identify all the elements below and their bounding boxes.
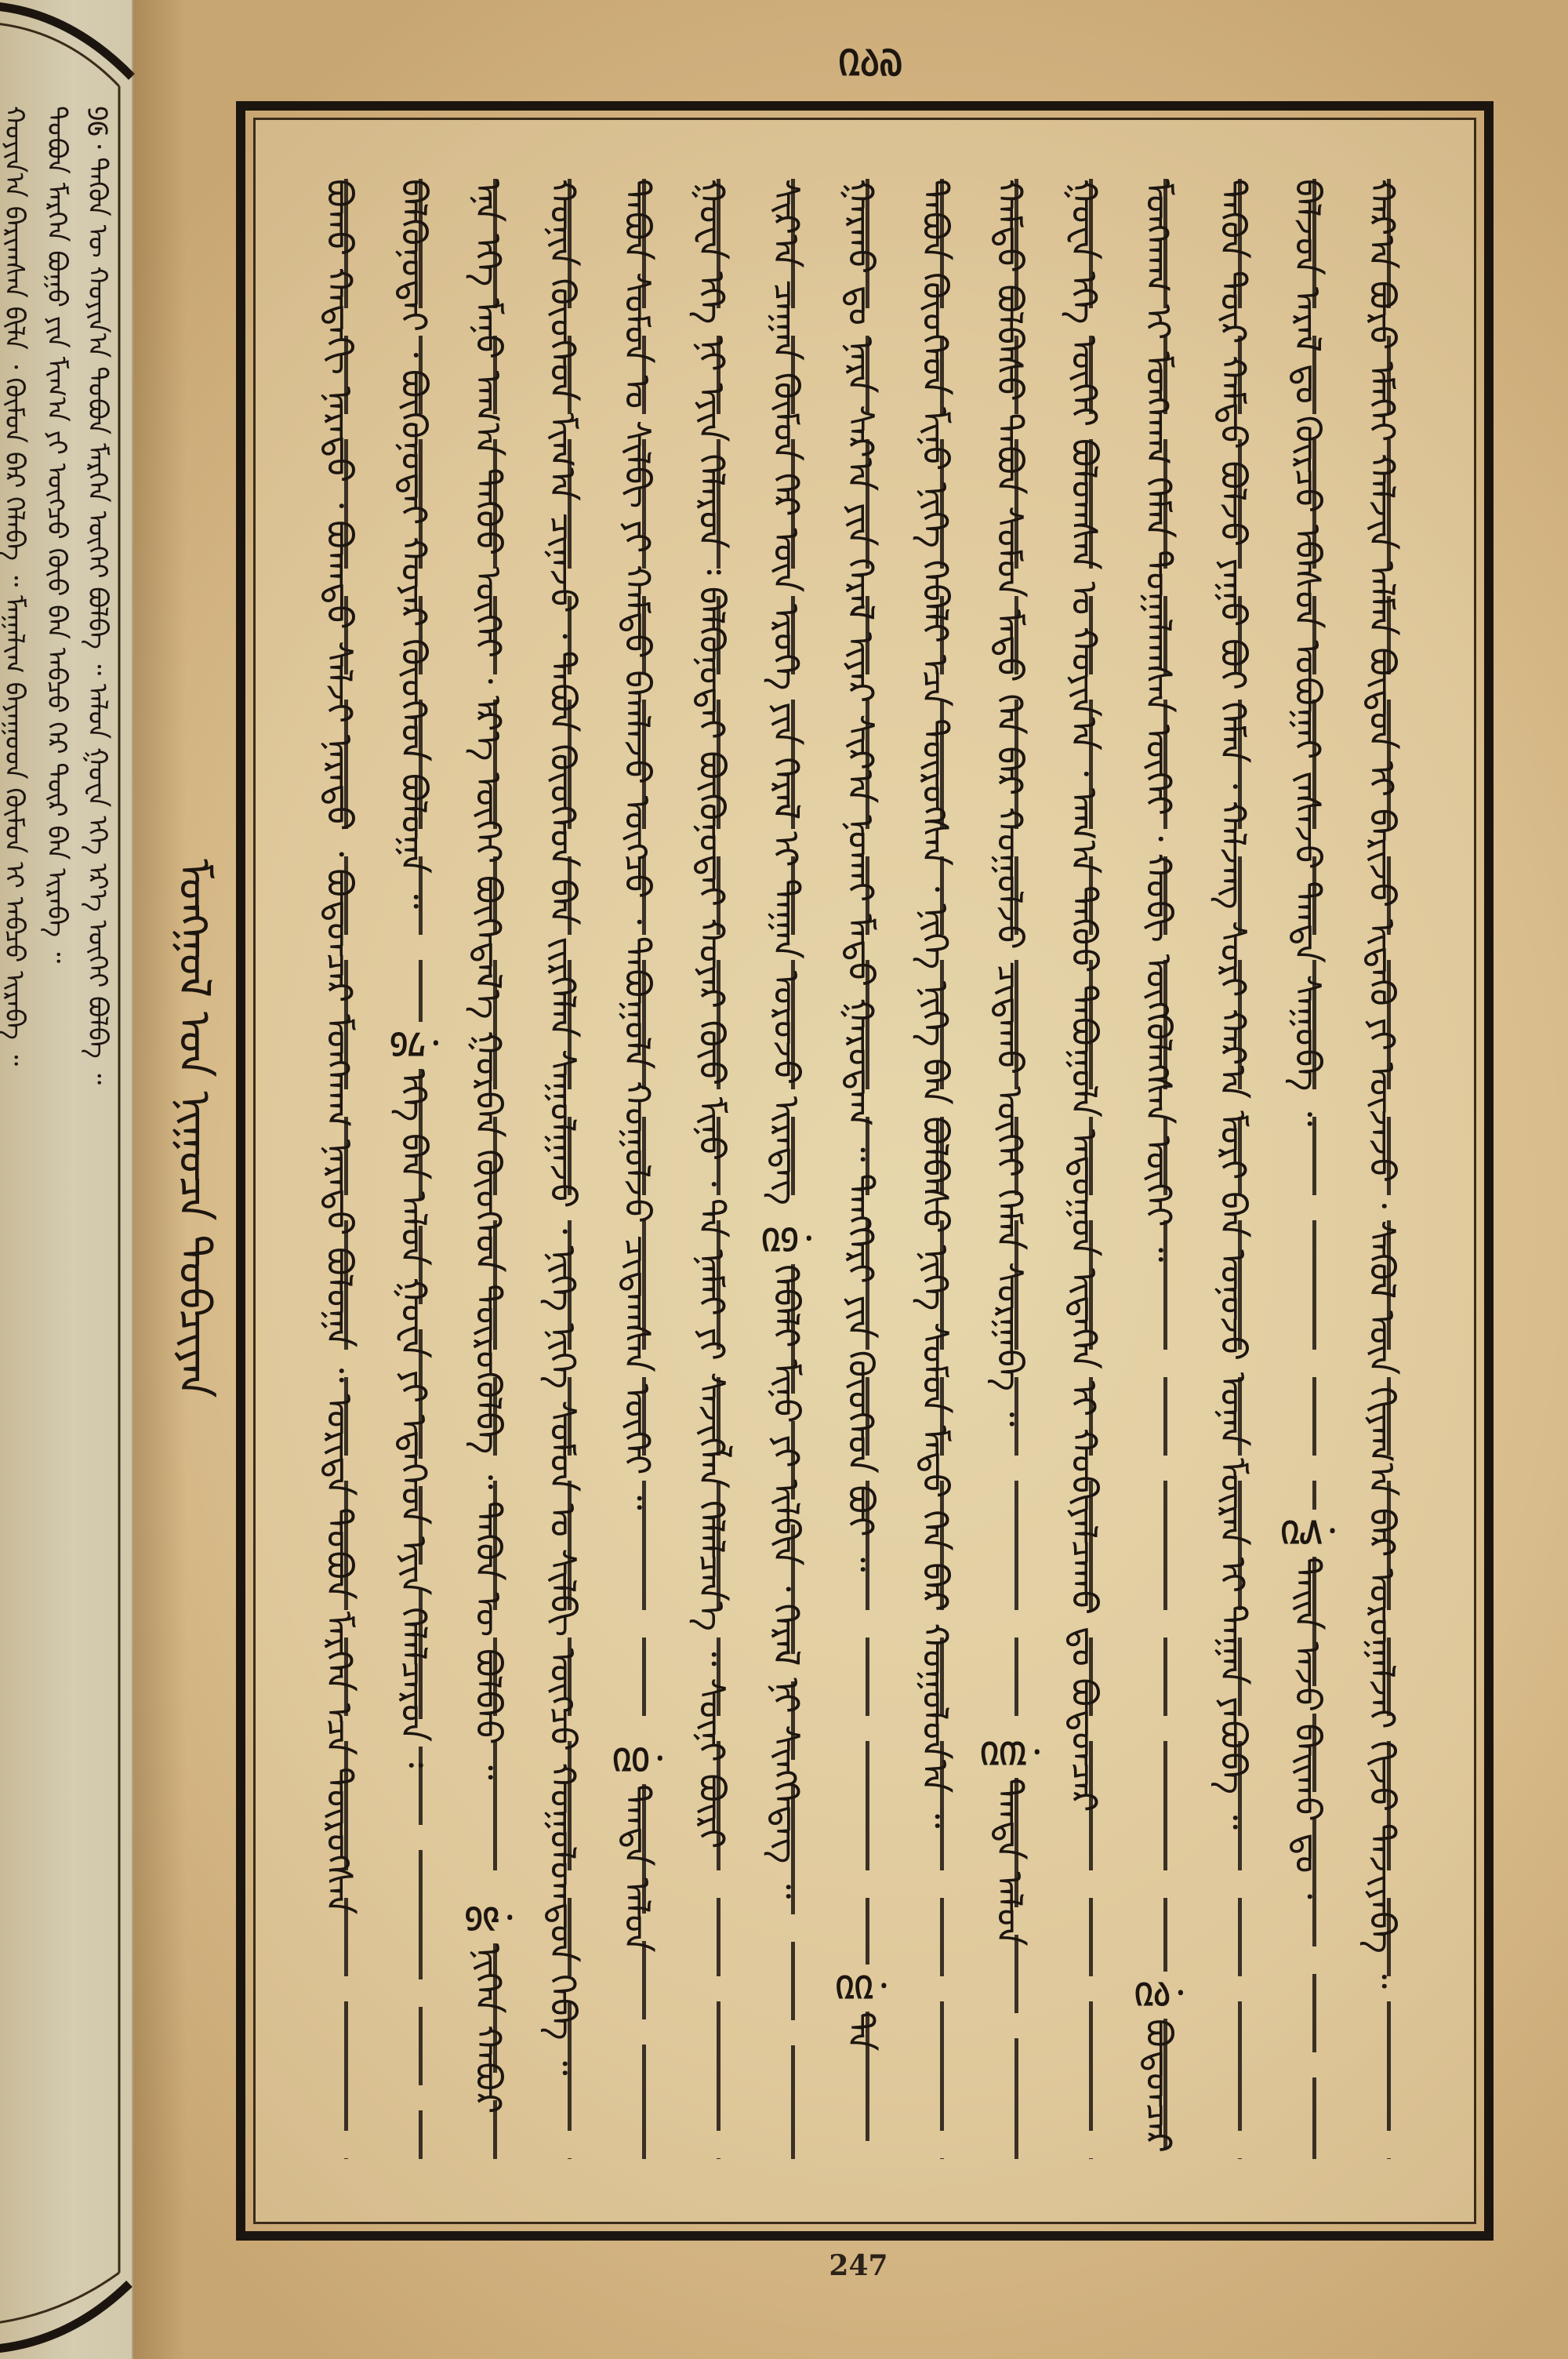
text-column: ᠬᠣᠨᠢᠨ ᠬᠦᠦᠬᠡᠳ ᠮᠢᠬ᠎ᠠ ᠴᠢᠨᠠᠵᠤ ᠂ ᠲᠠᠪᠤᠨ ᠬᠦᠦᠬᠡᠳ… — [532, 179, 594, 2159]
section-number: ᠒᠓᠂ — [978, 1731, 1041, 1778]
text-column: ᠡᠨᠡ ᠡᠬᠡ ᠮᠠᠨᠤ ᠠᠬ᠎ᠠ ᠳᠡᠭᠦᠦ ᠦᠭᠡᠢ ᠂ ᠡᠷ᠎ᠡ ᠦᠭᠡᠢ… — [457, 179, 520, 2159]
column-text: ᠬᠠᠷ᠎ᠠ ᠪᠣᠷᠣ ᠡᠮᠡᠭᠡᠢ ᠬᠠᠯᠵᠢᠨ ᠠᠯᠮᠠᠨ ᠪᠦᠳᠦᠨ ᠢ ᠪ… — [1351, 179, 1414, 2159]
book-spread-photo: ᠬᠣᠶᠢᠨ᠎ᠠ ᠪᠠᠷᠢᠭᠰᠠᠨ ᠪᠢᠯᠡ ᠂ ᠬᠦᠮᠦᠨ ᠪᠡᠷ ᠬᠡᠯᠡᠪᠡ… — [0, 0, 1568, 2359]
text-column: ᠬᠠᠷ᠎ᠠ ᠪᠣᠷᠣ ᠡᠮᠡᠭᠡᠢ ᠬᠠᠯᠵᠢᠨ ᠠᠯᠮᠠᠨ ᠪᠦᠳᠦᠨ ᠢ ᠪ… — [1351, 179, 1414, 2159]
text-column: ᠲᠡᠭᠦᠨ ᠳᠦᠷ ᠬᠠᠮᠲᠤ ᠪᠣᠯᠵᠤ ᠶᠠᠭᠤ ᠪᠣᠢ ᠬᠡᠮᠡᠨ ᠂ ᠬ… — [1202, 179, 1265, 2159]
text-column: ᠭᠠᠷᠬᠤ ᠳᠤ ᠨᠠᠷᠠ ᠰᠠᠷ᠎ᠠ ᠶᠢᠨ ᠭᠡᠷᠡᠯ ᠢᠶᠡᠷ ᠰᠢᠷ᠎ᠠ… — [829, 179, 892, 2159]
column-text: ᠲᠠᠪᠤᠨ ᠰᠤᠮᠤᠨ ᠤ ᠰᠢᠯᠪᠢ ᠶᠢ ᠬᠠᠮᠲᠤ ᠪᠠᠭᠯᠠᠵᠤ ᠥᠭᠴ… — [606, 179, 669, 1737]
column-text: ᠭᠠᠷᠬᠤ ᠳᠤ ᠨᠠᠷᠠ ᠰᠠᠷ᠎ᠠ ᠶᠢᠨ ᠭᠡᠷᠡᠯ ᠢᠶᠡᠷ ᠰᠢᠷ᠎ᠠ… — [829, 179, 892, 1965]
column-text: ᠨᠢᠭᠡᠨ ᠬᠠᠪᠤᠷ — [457, 1943, 520, 2159]
section-number: ᠒᠑᠂ — [755, 1217, 818, 1264]
column-text: ᠭᠣᠸᠠ ᠡᠬᠡ ᠨᠢ ᠡᠶᠢᠨ ᠬᠡᠯᠡᠷᠦᠨ ᠄ ᠪᠡᠯᠭᠦᠨᠦᠲᠡᠢ ᠪᠦ… — [681, 179, 743, 2159]
column-text: ᠲᠡᠢᠨ ᠠᠵᠤ ᠪᠠᠢᠬᠤ ᠳᠤ ᠂ — [1276, 1557, 1339, 2159]
text-column: ᠭᠣᠸᠠ ᠡᠬᠡ ᠦᠭᠡᠢ ᠪᠣᠯᠤᠭᠰᠠᠨ ᠤ ᠬᠣᠶᠢᠨ᠎ᠠ ᠂ ᠠᠬ᠎ᠠ … — [1053, 179, 1116, 2159]
section-number: ᠒᠔᠂ — [1127, 1972, 1190, 2019]
section-number: ᠒᠒᠂ — [829, 1965, 892, 2012]
column-text: ᠬᠠᠮᠲᠤ ᠪᠣᠯᠪᠠᠰᠤ ᠲᠠᠪᠤᠨ ᠰᠤᠮᠤᠨ ᠮᠡᠲᠦ ᠬᠡᠨ ᠪᠡᠷ ᠬ… — [978, 179, 1041, 1731]
facing-page-text-column: ᠬᠣᠶᠢᠨ᠎ᠠ ᠪᠠᠷᠢᠭᠰᠠᠨ ᠪᠢᠯᠡ ᠂ ᠬᠦᠮᠦᠨ ᠪᠡᠷ ᠬᠡᠯᠡᠪᠡ… — [0, 106, 34, 2270]
column-text: ᠪᠡᠯᠭᠦᠨᠦᠲᠡᠢ ᠂ ᠪᠦᠭᠦᠨᠦᠲᠡᠢ ᠬᠣᠶᠠᠷ ᠬᠦᠦᠬᠡᠳ ᠪᠣᠯᠤ… — [383, 179, 445, 1022]
text-column: ᠪᠡᠯᠭᠦᠨᠦᠲᠡᠢ ᠂ ᠪᠦᠭᠦᠨᠦᠲᠡᠢ ᠬᠣᠶᠠᠷ ᠬᠦᠦᠬᠡᠳ ᠪᠣᠯᠤ… — [383, 179, 445, 2159]
column-text: ᠬᠡᠪᠡᠯᠢ ᠮᠢᠨᠤ ᠶᠢ ᠢᠯᠪᠢᠨ ᠂ ᠭᠡᠷᠡᠯ ᠨᠢ ᠰᠢᠩᠭᠡᠳᠡᠭ… — [755, 1264, 818, 2159]
facing-page-text-column: ᠳᠣᠪᠤᠨ ᠮᠡᠷᠭᠡᠨ ᠪᠤᠭᠤ ᠶᠢᠨ ᠮᠢᠬ᠎ᠠ ᠶᠢ ᠥᠭᠴᠦ ᠬᠦᠦ … — [36, 106, 77, 2270]
column-text: ᠭᠣᠸᠠ ᠡᠬᠡ ᠦᠭᠡᠢ ᠪᠣᠯᠤᠭᠰᠠᠨ ᠤ ᠬᠣᠶᠢᠨ᠎ᠠ ᠂ ᠠᠬ᠎ᠠ … — [1053, 179, 1116, 2159]
page-number-arabic: 247 — [808, 2249, 909, 2282]
text-column: ᠲᠠᠪᠤᠨ ᠬᠦᠦᠬᠡᠳ ᠮᠢᠨᠤ ᠨᠢᠭᠡ ᠬᠡᠪᠡᠯᠢ ᠡᠴᠡ ᠲᠥᠷᠥᠭᠰ… — [904, 179, 967, 2159]
text-column: ᠪᠠᠯᠵᠤᠨ ᠠᠷᠠᠯ ᠳᠤ ᠬᠦᠷᠴᠦ ᠡᠪᠡᠰᠦᠨ ᠣᠪᠣᠭᠠᠢ ᠵᠠᠰᠠᠵ… — [1276, 179, 1339, 2159]
column-text: ᠰᠢᠷ᠎ᠠ ᠴᠠᠭᠠᠨ ᠬᠦᠮᠦᠨ ᠭᠡᠷ ᠦᠨ ᠡᠷᠦᠬᠡ ᠶᠢᠨ ᠭᠡᠷᠡᠯ… — [755, 179, 818, 1217]
text-column: ᠰᠢᠷ᠎ᠠ ᠴᠠᠭᠠᠨ ᠬᠦᠮᠦᠨ ᠭᠡᠷ ᠦᠨ ᠡᠷᠦᠬᠡ ᠶᠢᠨ ᠭᠡᠷᠡᠯ… — [755, 179, 818, 2159]
column-text: ᠪᠠᠯᠵᠤᠨ ᠠᠷᠠᠯ ᠳᠤ ᠬᠦᠷᠴᠦ ᠡᠪᠡᠰᠦᠨ ᠣᠪᠣᠭᠠᠢ ᠵᠠᠰᠠᠵ… — [1276, 179, 1339, 1510]
column-text: ᠲᠡᠭᠦᠨ ᠳᠦᠷ ᠬᠠᠮᠲᠤ ᠪᠣᠯᠵᠤ ᠶᠠᠭᠤ ᠪᠣᠢ ᠬᠡᠮᠡᠨ ᠂ ᠬ… — [1202, 179, 1265, 2159]
section-number: ᠑᠙᠂ — [457, 1896, 520, 1943]
text-column: ᠪᠤᠬᠤ ᠬᠠᠲᠠᠭᠢ ᠨᠡᠷᠡᠲᠦ ᠂ ᠪᠤᠬᠠᠲᠤ ᠰᠠᠯᠵᠢ ᠨᠡᠷᠡᠲᠦ… — [308, 179, 371, 2159]
column-text: ᠲᠡᠨᠳᠡ ᠠᠯᠤᠨ — [606, 1784, 669, 2159]
text-column: ᠮᠤᠩᠬᠠᠭ ᠢ ᠮᠤᠩᠬᠠᠭ ᠬᠡᠮᠡᠨ ᠲᠣᠭᠠᠯᠠᠭᠰᠠᠨ ᠦᠭᠡᠢ ᠂ … — [1127, 179, 1190, 2159]
column-text: ᠪᠤᠬᠤ ᠬᠠᠲᠠᠭᠢ ᠨᠡᠷᠡᠲᠦ ᠂ ᠪᠤᠬᠠᠲᠤ ᠰᠠᠯᠵᠢ ᠨᠡᠷᠡᠲᠦ… — [308, 179, 371, 2159]
running-head: ᠮᠣᠩᠭᠣᠯ ᠤᠨ ᠨᠢᠭᠤᠴᠠ ᠲᠣᠪᠴᠢᠶᠠᠨ — [161, 859, 227, 1455]
text-column: ᠭᠣᠸᠠ ᠡᠬᠡ ᠨᠢ ᠡᠶᠢᠨ ᠬᠡᠯᠡᠷᠦᠨ ᠄ ᠪᠡᠯᠭᠦᠨᠦᠲᠡᠢ ᠪᠦ… — [681, 179, 743, 2159]
section-number: ᠒᠕᠂ — [1276, 1510, 1339, 1557]
section-number: ᠑᠘᠂ — [383, 1022, 445, 1069]
facing-page-text-column: ᠑᠖᠂ ᠲᠡᠭᠦᠨ ᠦ ᠬᠣᠶᠢᠨ᠎ᠠ ᠳᠣᠪᠤᠨ ᠮᠡᠷᠭᠡᠨ ᠦᠭᠡᠢ ᠪᠣ… — [77, 106, 118, 2270]
column-text: ᠡᠬᠡ ᠪᠡᠨ ᠠᠯᠤᠨ ᠭᠣᠸᠠ ᠶᠢ ᠡᠳᠡᠭᠡᠳ ᠡᠶᠢᠨ ᠬᠡᠯᠡᠯᠴᠡ… — [383, 1069, 445, 2159]
column-text: ᠮᠤᠩᠬᠠᠭ ᠢ ᠮᠤᠩᠬᠠᠭ ᠬᠡᠮᠡᠨ ᠲᠣᠭᠠᠯᠠᠭᠰᠠᠨ ᠦᠭᠡᠢ ᠂ … — [1127, 179, 1190, 1972]
column-text: ᠡᠨᠡ ᠡᠬᠡ ᠮᠠᠨᠤ ᠠᠬ᠎ᠠ ᠳᠡᠭᠦᠦ ᠦᠭᠡᠢ ᠂ ᠡᠷ᠎ᠡ ᠦᠭᠡᠢ… — [457, 179, 520, 1896]
text-column: ᠬᠠᠮᠲᠤ ᠪᠣᠯᠪᠠᠰᠤ ᠲᠠᠪᠤᠨ ᠰᠤᠮᠤᠨ ᠮᠡᠲᠦ ᠬᠡᠨ ᠪᠡᠷ ᠬ… — [978, 179, 1041, 2159]
column-text: ᠪᠣᠳᠣᠨᠴᠠᠷ — [1127, 2019, 1190, 2159]
column-text: ᠬᠣᠨᠢᠨ ᠬᠦᠦᠬᠡᠳ ᠮᠢᠬ᠎ᠠ ᠴᠢᠨᠠᠵᠤ ᠂ ᠲᠠᠪᠤᠨ ᠬᠦᠦᠬᠡᠳ… — [532, 179, 594, 2159]
column-text: ᠲᠡᠨᠳᠡ ᠠᠯᠤᠨ — [978, 1778, 1041, 2159]
facing-page: ᠬᠣᠶᠢᠨ᠎ᠠ ᠪᠠᠷᠢᠭᠰᠠᠨ ᠪᠢᠯᠡ ᠂ ᠬᠦᠮᠦᠨ ᠪᠡᠷ ᠬᠡᠯᠡᠪᠡ… — [0, 0, 133, 2359]
section-number: ᠒᠐᠂ — [606, 1737, 669, 1784]
text-column: ᠲᠠᠪᠤᠨ ᠰᠤᠮᠤᠨ ᠤ ᠰᠢᠯᠪᠢ ᠶᠢ ᠬᠠᠮᠲᠤ ᠪᠠᠭᠯᠠᠵᠤ ᠥᠭᠴ… — [606, 179, 669, 2159]
page-number-mongolian: ᠒᠔᠗ — [811, 24, 929, 86]
column-text: ᠲᠠᠪᠤᠨ ᠬᠦᠦᠬᠡᠳ ᠮᠢᠨᠤ ᠨᠢᠭᠡ ᠬᠡᠪᠡᠯᠢ ᠡᠴᠡ ᠲᠥᠷᠥᠭᠰ… — [904, 179, 967, 2159]
column-text: ᠲᠠ — [829, 2012, 892, 2159]
